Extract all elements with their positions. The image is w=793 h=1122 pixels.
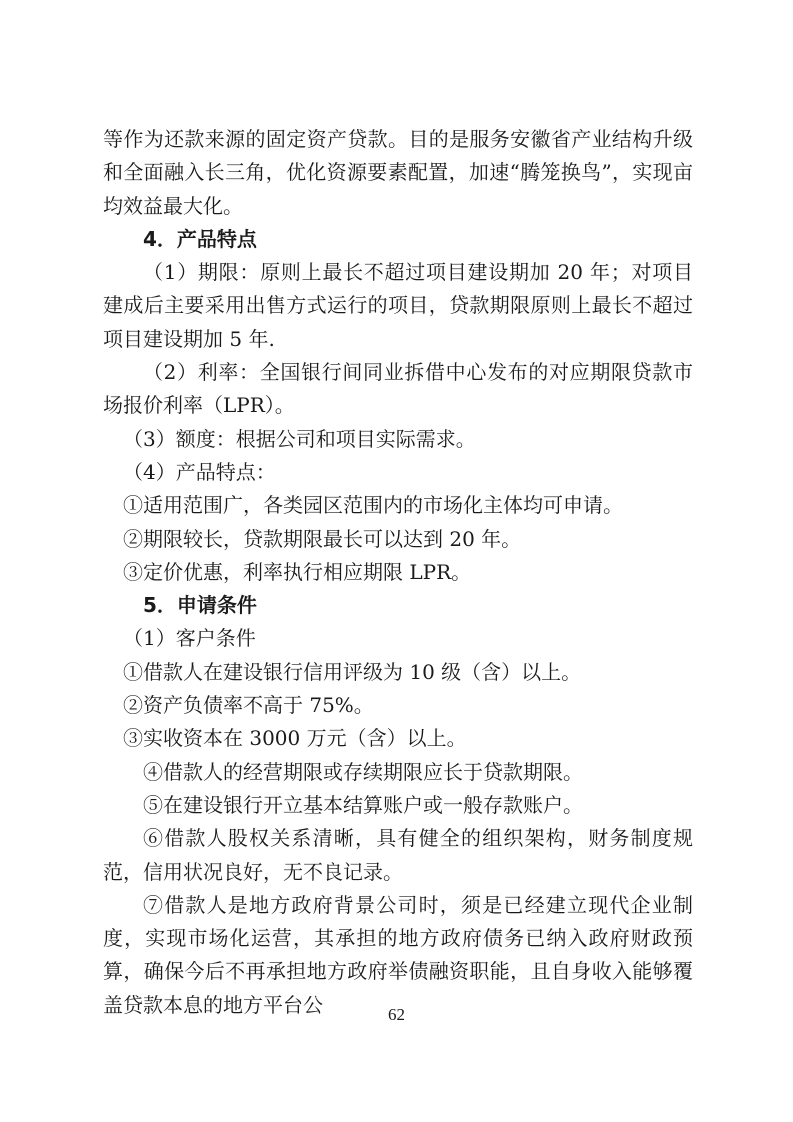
paragraph-features-label: （4）产品特点：: [103, 456, 693, 489]
paragraph-interest-rate: （2）利率：全国银行间同业拆借中心发布的对应期限贷款市场报价利率（LPR）。: [103, 356, 693, 423]
list-item-condition-6: ⑥借款人股权关系清晰，具有健全的组织架构，财务制度规范，信用状况良好，无不良记录…: [103, 822, 693, 889]
document-page: 等作为还款来源的固定资产贷款。目的是服务安徽省产业结构升级和全面融入长三角，优化…: [0, 0, 793, 1122]
section-heading-product-features: 4．产品特点: [103, 223, 693, 256]
list-item-feature-3: ③定价优惠，利率执行相应期限 LPR。: [103, 556, 693, 589]
list-item-condition-3: ③实收资本在 3000 万元（含）以上。: [103, 722, 693, 755]
paragraph-amount: （3）额度：根据公司和项目实际需求。: [103, 423, 693, 456]
list-item-condition-7: ⑦借款人是地方政府背景公司时，须是已经建立现代企业制度，实现市场化运营，其承担的…: [103, 889, 693, 1022]
paragraph-loan-purpose: 等作为还款来源的固定资产贷款。目的是服务安徽省产业结构升级和全面融入长三角，优化…: [103, 123, 693, 223]
list-item-feature-1: ①适用范围广，各类园区范围内的市场化主体均可申请。: [103, 489, 693, 522]
list-item-condition-5: ⑤在建设银行开立基本结算账户或一般存款账户。: [103, 789, 693, 822]
paragraph-term: （1）期限：原则上最长不超过项目建设期加 20 年；对项目建成后主要采用出售方式…: [103, 256, 693, 356]
section-heading-application-conditions: 5．申请条件: [103, 589, 693, 622]
page-body: 等作为还款来源的固定资产贷款。目的是服务安徽省产业结构升级和全面融入长三角，优化…: [103, 123, 693, 1022]
paragraph-customer-conditions-label: （1）客户条件: [103, 622, 693, 655]
list-item-feature-2: ②期限较长，贷款期限最长可以达到 20 年。: [103, 523, 693, 556]
list-item-condition-2: ②资产负债率不高于 75%。: [103, 689, 693, 722]
list-item-condition-4: ④借款人的经营期限或存续期限应长于贷款期限。: [103, 756, 693, 789]
list-item-condition-1: ①借款人在建设银行信用评级为 10 级（含）以上。: [103, 656, 693, 689]
page-number: 62: [0, 1005, 793, 1025]
